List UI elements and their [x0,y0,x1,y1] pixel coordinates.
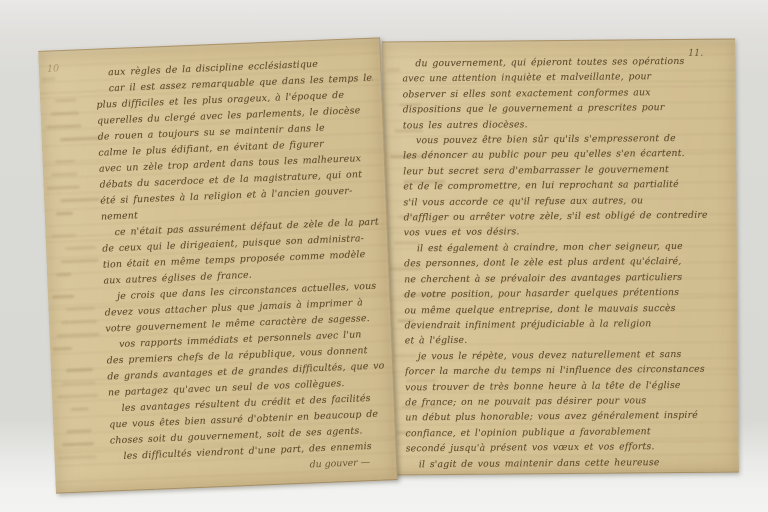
manuscript-line: et de le compromettre, en lui reprochant… [403,177,712,195]
ghost-ink-mark [61,259,99,264]
paragraph: vos rapports immédiats et personnels ave… [106,326,385,401]
paragraph: il s'agit de vous maintenir dans cette h… [406,454,715,472]
manuscript-page-right: 11. du gouvernement, qui épieront toutes… [382,38,739,475]
ghost-ink-mark [56,212,73,216]
ghost-ink-mark [61,320,97,324]
paragraph: ce n'était pas assurément défaut de zèle… [101,215,380,290]
paragraph: vous pouvez être bien sûr qu'ils s'empre… [403,131,713,242]
ghost-ink-mark [60,137,102,142]
ghost-ink-mark [60,198,100,203]
ghost-ink-mark [57,394,98,399]
paragraph: car il est assez remarquable que dans le… [96,71,379,226]
manuscript-line: il s'agit de vous maintenir dans cette h… [406,454,715,472]
manuscript-line: ou même quelque entreprise, dont le mauv… [404,300,713,318]
manuscript-text-right: du gouvernement, qui épieront toutes ses… [402,54,715,473]
ghost-ink-mark [57,333,100,338]
paragraph: je vous le répète, vous devez naturellem… [405,346,715,457]
ghost-ink-mark [66,368,93,372]
ghost-ink-mark [51,111,79,115]
catchword: du gouver — [309,457,370,470]
manuscript-line: du gouvernement, qui épieront toutes ses… [402,54,711,72]
ghost-ink-mark [52,347,72,351]
manuscript-page-left: 10 aux règles de la discipline ecclésias… [38,37,398,493]
ghost-ink-mark [65,246,96,250]
paragraph: il est également à craindre, mon cher se… [404,239,714,350]
manuscript-line: un début plus honorable; vous avez génér… [405,408,714,426]
manuscript-line: vous trouver de très bonne heure à la tê… [405,377,714,395]
ghost-ink-mark [51,173,77,177]
ghost-ink-mark [56,160,75,164]
ghost-ink-mark [55,99,76,103]
scan-background: 10 aux règles de la discipline ecclésias… [0,0,768,512]
ghost-ink-mark [52,234,76,238]
ghost-ink-mark [47,185,80,189]
page-number-left: 10 [47,63,60,74]
ghost-ink-mark [52,295,74,299]
ghost-ink-mark [66,307,95,311]
ghost-ink-mark [71,407,89,411]
ghost-ink-mark [62,381,96,385]
ghost-ink-mark [41,77,55,81]
paragraph: du gouvernement, qui épieront toutes ses… [402,54,712,134]
ghost-ink-mark [62,442,94,446]
ghost-ink-mark [66,429,91,433]
manuscript-text-left: aux règles de la discipline ecclésiastiq… [95,55,388,466]
ghost-ink-mark [58,455,97,460]
ghost-ink-mark [386,68,400,71]
ghost-ink-mark [56,273,71,277]
ghost-ink-mark [46,124,81,128]
